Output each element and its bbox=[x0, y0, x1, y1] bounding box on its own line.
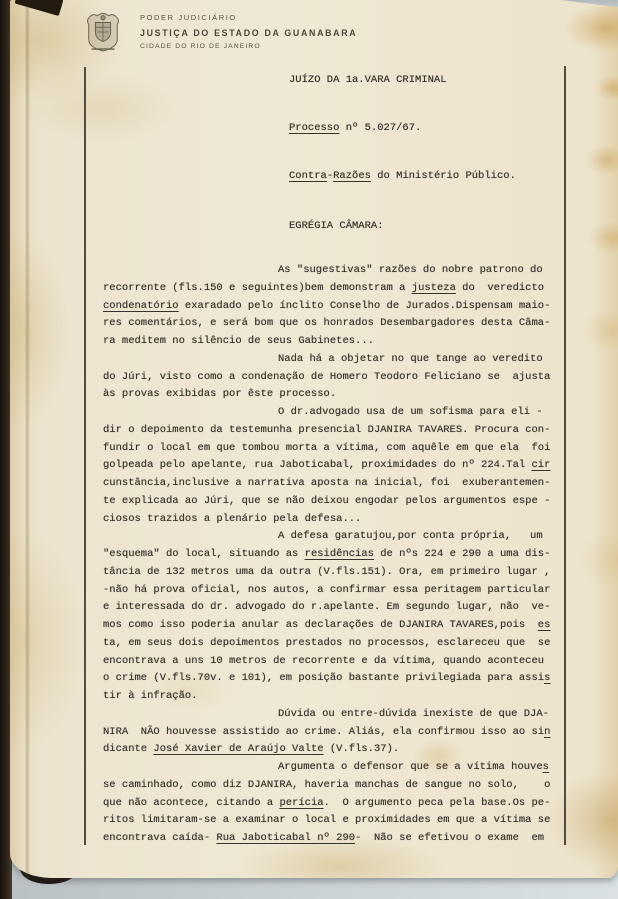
typed-line: o crime (V.fls.70v. e 101), em posição b… bbox=[103, 670, 578, 688]
left-margin-rule bbox=[84, 67, 86, 845]
paragraph: As "sugestivas" razões do nobre patrono … bbox=[103, 262, 578, 351]
typed-text: do Júri, visto como a condenação de Home… bbox=[103, 371, 550, 383]
underlined-text: residências bbox=[305, 548, 374, 560]
typed-line: às provas exibidas por êste processo. bbox=[103, 386, 578, 404]
typed-text: -não há prova oficial, nos autos, a conf… bbox=[103, 584, 550, 596]
typed-line: do Júri, visto como a condenação de Home… bbox=[103, 369, 578, 387]
paragraph: Nada há a objetar no que tange ao veredi… bbox=[103, 351, 578, 404]
typed-text: tir à infração. bbox=[103, 690, 198, 702]
typed-line: O dr.advogado usa de um sofisma para eli… bbox=[103, 404, 578, 422]
typed-line: ritos limitaram-se a examinar o local e … bbox=[103, 812, 578, 830]
paragraph: A defesa garatujou,por conta própria, um… bbox=[103, 528, 578, 706]
typed-line: dicante José Xavier de Araújo Valte (V.f… bbox=[103, 741, 578, 759]
underlined-text: Processo bbox=[289, 122, 339, 134]
typed-text: de nºs 224 e 290 a uma dis- bbox=[374, 548, 550, 560]
typed-text: ritos limitaram-se a examinar o local e … bbox=[103, 814, 550, 826]
typed-line: se caminhado, como diz DJANIRA, haveria … bbox=[103, 777, 578, 795]
paragraph: O dr.advogado usa de um sofisma para eli… bbox=[103, 404, 578, 528]
typed-line: mos como isso poderia anular as declaraç… bbox=[103, 617, 578, 635]
document-page: PODER JUDICIÁRIO JUSTIÇA DO ESTADO DA GU… bbox=[10, 0, 618, 878]
typed-line: te explicada ao Júri, que se não deixou … bbox=[103, 493, 578, 511]
typed-text: res comentários, e será bom que os honra… bbox=[103, 317, 550, 329]
typed-text: ciosos trazidos a plenário pela defesa..… bbox=[103, 513, 361, 525]
paragraph: Dúvida ou entre-dúvida inexiste de que D… bbox=[103, 706, 578, 759]
underlined-text: Contra bbox=[289, 170, 327, 182]
typed-text: fundir o local em que tombou morta a vít… bbox=[103, 442, 550, 454]
typed-text: o crime (V.fls.70v. e 101), em posição b… bbox=[103, 672, 544, 684]
typed-line: golpeada pelo apelante, rua Jaboticabal,… bbox=[103, 457, 578, 475]
typed-text: A defesa garatujou,por conta própria, um bbox=[278, 530, 543, 542]
typed-text: . O argumento peca pela base.Os pe- bbox=[324, 797, 551, 809]
typed-text: As "sugestivas" razões do nobre patrono … bbox=[278, 264, 543, 276]
underlined-text: cir bbox=[531, 459, 550, 471]
typed-text: mos como isso poderia anular as declaraç… bbox=[103, 619, 538, 631]
typed-text: ra meditem no silêncio de seus Gabinetes… bbox=[103, 335, 374, 347]
typed-text: (V.fls.37). bbox=[324, 743, 400, 755]
typed-line: ra meditem no silêncio de seus Gabinetes… bbox=[103, 333, 578, 351]
case-number-line: Processo nº 5.027/67. bbox=[289, 122, 421, 134]
typed-text: recorrente (fls.150 e seguintes)bem demo… bbox=[103, 282, 412, 294]
typed-line: ta, em seus dois depoimentos prestados n… bbox=[103, 635, 578, 653]
document-body: As "sugestivas" razões do nobre patrono … bbox=[103, 262, 578, 848]
typed-text: às provas exibidas por êste processo. bbox=[103, 388, 336, 400]
typed-line: encontrava a uns 10 metros de recorrente… bbox=[103, 653, 578, 671]
underlined-text: n bbox=[544, 726, 550, 738]
typed-text: encontrava caída- bbox=[103, 832, 216, 844]
typed-text: dicante bbox=[103, 743, 153, 755]
typed-line: NIRA NÃO houvesse assistido ao crime. Al… bbox=[103, 724, 578, 742]
typed-line: A defesa garatujou,por conta própria, um bbox=[103, 528, 578, 546]
typed-line: res comentários, e será bom que os honra… bbox=[103, 315, 578, 333]
underlined-text: José Xavier de Araújo Valte bbox=[153, 743, 323, 755]
underlined-text: Razões bbox=[333, 170, 371, 182]
typed-line: encontrava caída- Rua Jaboticabal nº 290… bbox=[103, 830, 578, 848]
typed-text: nº 5.027/67. bbox=[339, 122, 421, 134]
typed-line: -não há prova oficial, nos autos, a conf… bbox=[103, 582, 578, 600]
typed-text: te explicada ao Júri, que se não deixou … bbox=[103, 495, 550, 507]
letterhead: PODER JUDICIÁRIO JUSTIÇA DO ESTADO DA GU… bbox=[140, 13, 357, 50]
letterhead-org: JUSTIÇA DO ESTADO DA GUANABARA bbox=[140, 28, 357, 38]
typed-text: que não acontece, citando a bbox=[103, 797, 279, 809]
underlined-text: s bbox=[544, 672, 550, 684]
typed-line: dir o depoimento da testemunha presencia… bbox=[103, 422, 578, 440]
document-title: Contra-Razões do Ministério Público. bbox=[289, 170, 516, 182]
underlined-text: Rua Jaboticabal nº 290 bbox=[216, 832, 355, 844]
typed-line: Dúvida ou entre-dúvida inexiste de que D… bbox=[103, 706, 578, 724]
typed-line: e interessada do dr. advogado do r.apela… bbox=[103, 599, 578, 617]
typed-text: golpeada pelo apelante, rua Jaboticabal,… bbox=[103, 459, 531, 471]
salutation: EGRÉGIA CÂMARA: bbox=[289, 220, 384, 232]
coat-of-arms-icon bbox=[84, 11, 122, 53]
typed-text: Nada há a objetar no que tange ao veredi… bbox=[278, 353, 543, 365]
typed-text: ta, em seus dois depoimentos prestados n… bbox=[103, 637, 550, 649]
page-fold-crease bbox=[25, 0, 30, 878]
typed-text: NIRA NÃO houvesse assistido ao crime. Al… bbox=[103, 726, 544, 738]
typed-text: - Não se efetivou o exame em bbox=[355, 832, 544, 844]
underlined-text: perícia bbox=[279, 797, 323, 809]
paragraph: Argumenta o defensor que se a vítima hou… bbox=[103, 759, 578, 848]
underlined-text: condenatório bbox=[103, 300, 179, 312]
underlined-text: s bbox=[543, 761, 549, 773]
typed-line: fundir o local em que tombou morta a vít… bbox=[103, 440, 578, 458]
typed-text: Argumenta o defensor que se a vítima hou… bbox=[278, 761, 543, 773]
typed-text: dir o depoimento da testemunha presencia… bbox=[103, 424, 550, 436]
underlined-text: justeza bbox=[412, 282, 456, 294]
court-heading: JUÍZO DA 1a.VARA CRIMINAL bbox=[289, 74, 447, 86]
typed-text: exaradado pelo ínclito Conselho de Jurad… bbox=[179, 300, 551, 312]
typed-text: e interessada do dr. advogado do r.apela… bbox=[103, 601, 550, 613]
typed-line: tir à infração. bbox=[103, 688, 578, 706]
letterhead-branch: PODER JUDICIÁRIO bbox=[140, 13, 357, 22]
typed-text: "esquema" do local, situando as bbox=[103, 548, 305, 560]
typed-line: recorrente (fls.150 e seguintes)bem demo… bbox=[103, 280, 578, 298]
typed-text: do veredicto bbox=[456, 282, 544, 294]
typed-text: tância de 132 metros uma da outra (V.fls… bbox=[103, 566, 550, 578]
typed-line: As "sugestivas" razões do nobre patrono … bbox=[103, 262, 578, 280]
letterhead-city: CIDADE DO RIO DE JANEIRO bbox=[140, 43, 357, 50]
typed-text: encontrava a uns 10 metros de recorrente… bbox=[103, 655, 544, 667]
typed-line: condenatório exaradado pelo ínclito Cons… bbox=[103, 298, 578, 316]
typed-text: O dr.advogado usa de um sofisma para eli… bbox=[278, 406, 543, 418]
typed-line: que não acontece, citando a perícia. O a… bbox=[103, 795, 578, 813]
underlined-text: es bbox=[538, 619, 551, 631]
typed-line: tância de 132 metros uma da outra (V.fls… bbox=[103, 564, 578, 582]
typed-line: Argumenta o defensor que se a vítima hou… bbox=[103, 759, 578, 777]
typed-line: Nada há a objetar no que tange ao veredi… bbox=[103, 351, 578, 369]
typed-text: do Ministério Público. bbox=[371, 170, 516, 182]
typed-line: "esquema" do local, situando as residênc… bbox=[103, 546, 578, 564]
typed-text: cunstância,inclusive a narrativa aposta … bbox=[103, 477, 550, 489]
typed-line: cunstância,inclusive a narrativa aposta … bbox=[103, 475, 578, 493]
typed-text: Dúvida ou entre-dúvida inexiste de que D… bbox=[278, 708, 549, 720]
typed-line: ciosos trazidos a plenário pela defesa..… bbox=[103, 511, 578, 529]
typed-text: se caminhado, como diz DJANIRA, haveria … bbox=[103, 779, 550, 791]
